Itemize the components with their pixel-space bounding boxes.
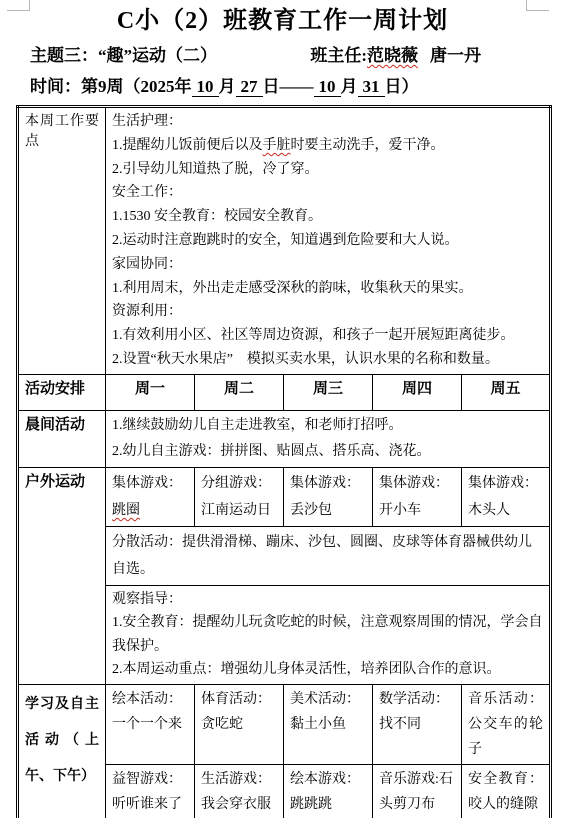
day-header-tuesday: 周二 [195, 374, 284, 410]
misspelled-word: 跳圈 [112, 503, 140, 518]
page-margin-mark-right [526, 0, 549, 11]
work-points-line: 1.提醒幼儿饭前便后以及手脏时要主动洗手，爱干净。 [112, 134, 543, 158]
observation-line: 2.本周运动重点：增强幼儿身体灵活性，培养团队合作的意识。 [112, 658, 543, 682]
table-row-outdoor-games: 户外运动 集体游戏：跳圈 分组游戏：江南运动日 集体游戏：丢沙包 集体游戏：开小… [18, 467, 551, 526]
work-points-line: 2.引导幼儿知道热了脱，冷了穿。 [112, 158, 543, 182]
learning-am-tuesday: 体育活动：贪吃蛇 [195, 684, 284, 764]
table-row-learning-am: 学习及自主活动（上午、下午） 绘本活动：一个一个来 体育活动：贪吃蛇 美术活动：… [18, 684, 551, 764]
work-points-line: 1.1530 安全教育：校园安全教育。 [112, 205, 543, 229]
time-line: 时间：第9周（2025年10月27日——10月31日） [0, 75, 565, 99]
work-points-label: 本周工作要点 [18, 107, 106, 375]
learning-pm-friday: 安全教育：咬人的缝隙 [462, 764, 551, 818]
outdoor-game-wednesday: 集体游戏：丢沙包 [284, 467, 373, 526]
document-page: C小（2）班教育工作一周计划 主题三：“趣”运动（二） 班主任:范晓薇唐一丹 时… [0, 0, 565, 818]
morning-line: 1.继续鼓励幼儿自主走进教室，和老师打招呼。 [112, 413, 543, 439]
work-points-line: 1.有效利用小区、社区等周边资源，和孩子一起开展短距离徒步。 [112, 324, 543, 348]
outdoor-game-tuesday: 分组游戏：江南运动日 [195, 467, 284, 526]
month-2-value: 10 [314, 77, 341, 97]
teacher-name-1: 范晓薇 [367, 46, 418, 65]
misspelled-word: 手脏 [263, 138, 291, 153]
learning-am-thursday: 数学活动：找不同 [373, 684, 462, 764]
day-header-thursday: 周四 [373, 374, 462, 410]
time-prefix: 时间：第9周（2025年 [30, 77, 192, 96]
time-sep-3: 月 [341, 77, 358, 96]
learning-am-monday: 绘本活动：一个一个来 [106, 684, 195, 764]
observation-cell: 观察指导： 1.安全教育：提醒幼儿玩贪吃蛇的时候，注意观察周围的情况，学会自我保… [106, 585, 551, 684]
scatter-activity-cell: 分散活动：提供滑滑梯、蹦床、沙包、圆圈、皮球等体育器械供幼儿自选。 [106, 526, 551, 585]
weekly-plan-table: 本周工作要点 生活护理： 1.提醒幼儿饭前便后以及手脏时要主动洗手，爱干净。 2… [16, 105, 552, 818]
outdoor-game-friday: 集体游戏：木头人 [462, 467, 551, 526]
day-header-wednesday: 周三 [284, 374, 373, 410]
work-points-line: 资源利用： [112, 300, 543, 324]
learning-pm-tuesday: 生活游戏：我会穿衣服 [195, 764, 284, 818]
work-points-line: 1.利用周末，外出走走感受深秋的韵味，收集秋天的果实。 [112, 277, 543, 301]
work-points-line: 安全工作： [112, 181, 543, 205]
observation-title: 观察指导： [112, 588, 543, 612]
teacher-label: 班主任: [310, 46, 367, 65]
morning-cell: 1.继续鼓励幼儿自主走进教室，和老师打招呼。 2.幼儿自主游戏：拼拼图、贴圆点、… [106, 410, 551, 467]
page-title: C小（2）班教育工作一周计划 [0, 0, 565, 36]
day-header-monday: 周一 [106, 374, 195, 410]
schedule-label: 活动安排 [18, 374, 106, 410]
time-sep-4: 日） [385, 77, 419, 96]
morning-line: 2.幼儿自主游戏：拼拼图、贴圆点、搭乐高、浇花。 [112, 439, 543, 465]
outdoor-game-thursday: 集体游戏：开小车 [373, 467, 462, 526]
morning-label: 晨间活动 [18, 410, 106, 467]
work-points-line: 2.运动时注意跑跳时的安全，知道遇到危险要和大人说。 [112, 229, 543, 253]
learning-pm-monday: 益智游戏：听听谁来了 [106, 764, 195, 818]
work-points-line: 生活护理： [112, 110, 543, 134]
meta-row: 主题三：“趣”运动（二） 班主任:范晓薇唐一丹 [0, 45, 565, 67]
learning-label: 学习及自主活动（上午、下午） [18, 684, 106, 818]
work-points-cell: 生活护理： 1.提醒幼儿饭前便后以及手脏时要主动洗手，爱干净。 2.引导幼儿知道… [106, 107, 551, 375]
outdoor-game-monday: 集体游戏：跳圈 [106, 467, 195, 526]
learning-am-wednesday: 美术活动：黏土小鱼 [284, 684, 373, 764]
table-row-morning: 晨间活动 1.继续鼓励幼儿自主走进教室，和老师打招呼。 2.幼儿自主游戏：拼拼图… [18, 410, 551, 467]
page-margin-mark-left [7, 0, 30, 11]
time-sep-1: 月 [219, 77, 236, 96]
work-points-line: 2.设置“秋天水果店” 模拟买卖水果，认识水果的名称和数量。 [112, 348, 543, 372]
observation-line: 1.安全教育：提醒幼儿玩贪吃蛇的时候，注意观察周围的情况，学会自我保护。 [112, 611, 543, 658]
theme-label: 主题三：“趣”运动（二） [30, 45, 217, 67]
outdoor-label: 户外运动 [18, 467, 106, 684]
teacher-name-2: 唐一丹 [430, 46, 481, 65]
table-row-work-points: 本周工作要点 生活护理： 1.提醒幼儿饭前便后以及手脏时要主动洗手，爱干净。 2… [18, 107, 551, 375]
time-sep-2: 日—— [263, 77, 314, 96]
learning-pm-wednesday: 绘本游戏：跳跳跳 [284, 764, 373, 818]
learning-pm-thursday: 音乐游戏:石头剪刀布 [373, 764, 462, 818]
day-2-value: 31 [358, 77, 385, 97]
learning-am-friday: 音乐活动：公交车的轮子 [462, 684, 551, 764]
day-header-friday: 周五 [462, 374, 551, 410]
table-row-day-header: 活动安排 周一 周二 周三 周四 周五 [18, 374, 551, 410]
teacher-line: 班主任:范晓薇唐一丹 [310, 45, 481, 67]
work-points-line: 家园协同： [112, 253, 543, 277]
month-1-value: 10 [192, 77, 219, 97]
day-1-value: 27 [236, 77, 263, 97]
